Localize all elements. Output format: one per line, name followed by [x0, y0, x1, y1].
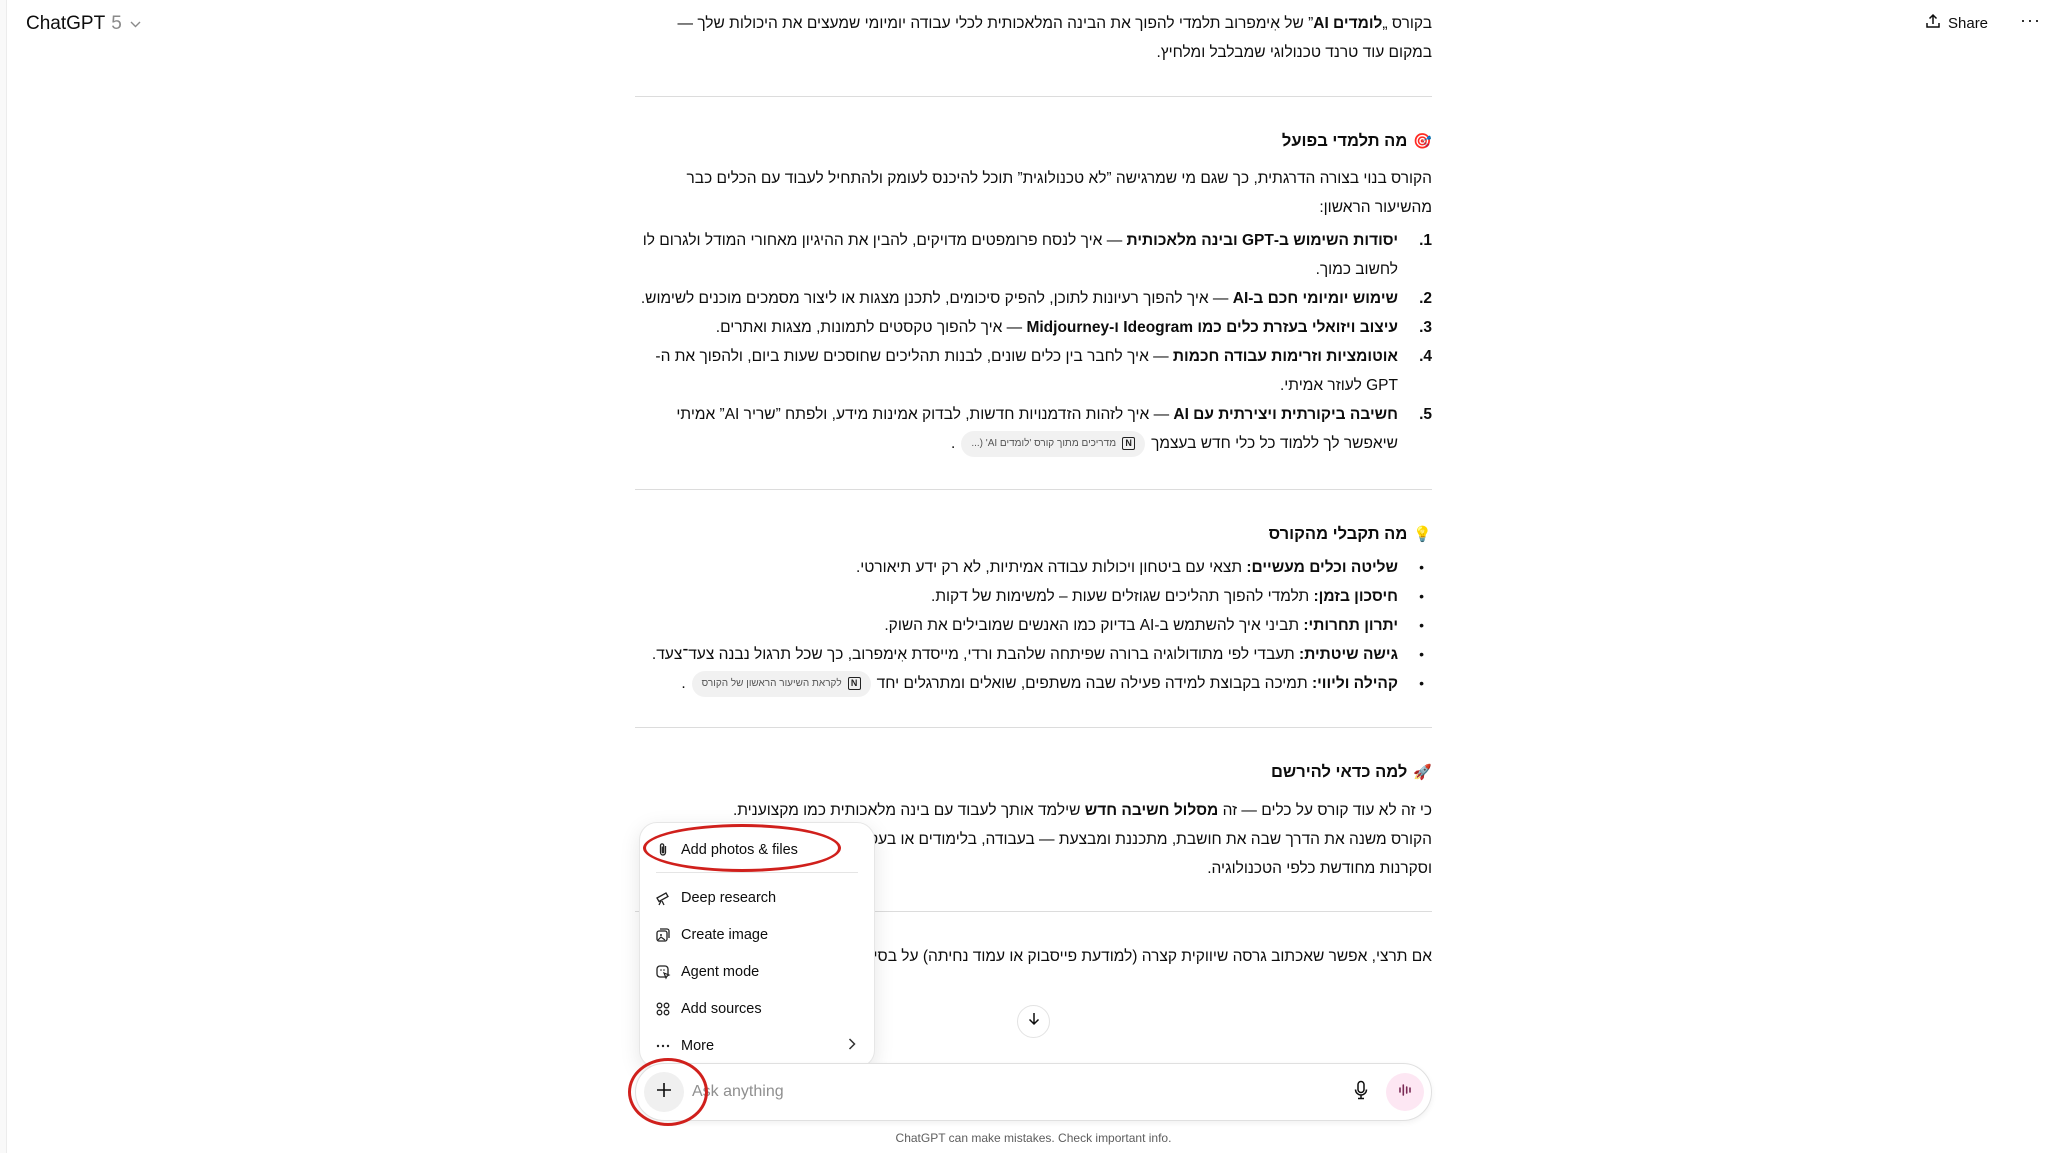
menu-item-add-photos-files[interactable]: Add photos & files: [648, 831, 866, 868]
notion-icon: N: [1122, 437, 1135, 450]
divider: [635, 727, 1432, 728]
menu-item-more[interactable]: More: [648, 1027, 866, 1064]
list-item: גישה שיטתית: תעבדי לפי מתודולוגיה ברורה …: [635, 640, 1432, 669]
voice-mode-button[interactable]: [1386, 1073, 1424, 1111]
menu-item-deep-research[interactable]: Deep research: [648, 879, 866, 916]
list-item: יתרון תחרותי: תביני איך להשתמש ב-AI בדיו…: [635, 611, 1432, 640]
ellipsis-icon: [654, 1037, 672, 1055]
agent-icon: [654, 963, 672, 981]
chevron-down-icon: [130, 17, 141, 31]
list-item: 4.אוטומציות וזרימות עבודה חכמות — איך לח…: [635, 342, 1432, 400]
menu-item-add-sources[interactable]: Add sources: [648, 990, 866, 1027]
app-name: ChatGPT: [26, 13, 105, 35]
model-version: 5: [111, 13, 122, 35]
section-lead: הקורס בנוי בצורה הדרגתית, כך שגם מי שמרג…: [635, 164, 1432, 222]
divider: [635, 96, 1432, 97]
list-item: 1.יסודות השימוש ב-GPT ובינה מלאכותית — א…: [635, 226, 1432, 284]
section-heading: 🚀 למה כדאי להירשם: [1271, 758, 1432, 787]
list-item: 5.חשיבה ביקורתית ויצירתית עם AI — איך לז…: [635, 400, 1432, 458]
sidebar-edge: [0, 0, 7, 1153]
prompt-input[interactable]: [692, 1078, 1292, 1106]
waveform-icon: [1397, 1083, 1413, 1102]
dictate-button[interactable]: [1348, 1079, 1374, 1105]
add-attachment-button[interactable]: [644, 1072, 684, 1112]
list-item: שליטה וכלים מעשיים: תצאי עם ביטחון ויכול…: [635, 553, 1432, 582]
model-selector[interactable]: ChatGPT 5: [26, 13, 141, 35]
list-item: חיסכון בזמן: תלמדי להפוך תהליכים שגוזלים…: [635, 582, 1432, 611]
list-item: קהילה וליווי: תמיכה בקבוצת למידה פעילה ש…: [635, 669, 1432, 698]
menu-item-create-image[interactable]: Create image: [648, 916, 866, 953]
arrow-down-icon: [1026, 1011, 1042, 1032]
menu-item-agent-mode[interactable]: Agent mode: [648, 953, 866, 990]
citation-chip[interactable]: Nלקראת השיעור הראשון של הקורס: [692, 671, 871, 697]
share-label: Share: [1948, 15, 1988, 32]
divider: [635, 489, 1432, 490]
section-heading: 🎯 מה תלמדי בפועל: [1282, 127, 1432, 156]
rocket-emoji-icon: 🚀: [1413, 758, 1432, 787]
paragraph: כי זה לא עוד קורס על כלים — זה מסלול חשי…: [635, 796, 1432, 825]
attach-menu: Add photos & files Deep research Create …: [639, 822, 875, 1068]
composer: [635, 1063, 1432, 1121]
numbered-list: 1.יסודות השימוש ב-GPT ובינה מלאכותית — א…: [635, 226, 1432, 458]
section-heading: 💡 מה תקבלי מהקורס: [1269, 520, 1432, 549]
notion-icon: N: [848, 677, 861, 690]
target-emoji-icon: 🎯: [1413, 127, 1432, 156]
list-item: 3.עיצוב ויזואלי בעזרת כלים כמו Ideogram …: [635, 313, 1432, 342]
more-options-button[interactable]: ···: [2020, 10, 2041, 31]
microphone-icon: [1353, 1080, 1369, 1105]
plus-icon: [655, 1081, 673, 1104]
list-item: 2.שימוש יומיומי חכם ב-AI — איך להפוך רעי…: [635, 284, 1432, 313]
chevron-right-icon: [848, 1037, 856, 1055]
bullet-list: שליטה וכלים מעשיים: תצאי עם ביטחון ויכול…: [635, 553, 1432, 698]
share-button[interactable]: Share: [1925, 13, 1988, 33]
disclaimer-text: ChatGPT can make mistakes. Check importa…: [635, 1131, 1432, 1145]
lightbulb-emoji-icon: 💡: [1413, 520, 1432, 549]
share-icon: [1925, 13, 1941, 33]
scroll-to-bottom-button[interactable]: [1017, 1005, 1050, 1038]
menu-separator: [656, 872, 858, 873]
telescope-icon: [654, 889, 672, 907]
paperclip-icon: [654, 841, 672, 859]
image-icon: [654, 926, 672, 944]
intro-paragraph: בקורס „לומדים AI” של אִימפרוב תלמדי להפו…: [635, 9, 1432, 67]
citation-chip[interactable]: Nמדריכים מתוך קורס 'לומדים AI' (...: [961, 431, 1145, 457]
sources-icon: [654, 1000, 672, 1018]
